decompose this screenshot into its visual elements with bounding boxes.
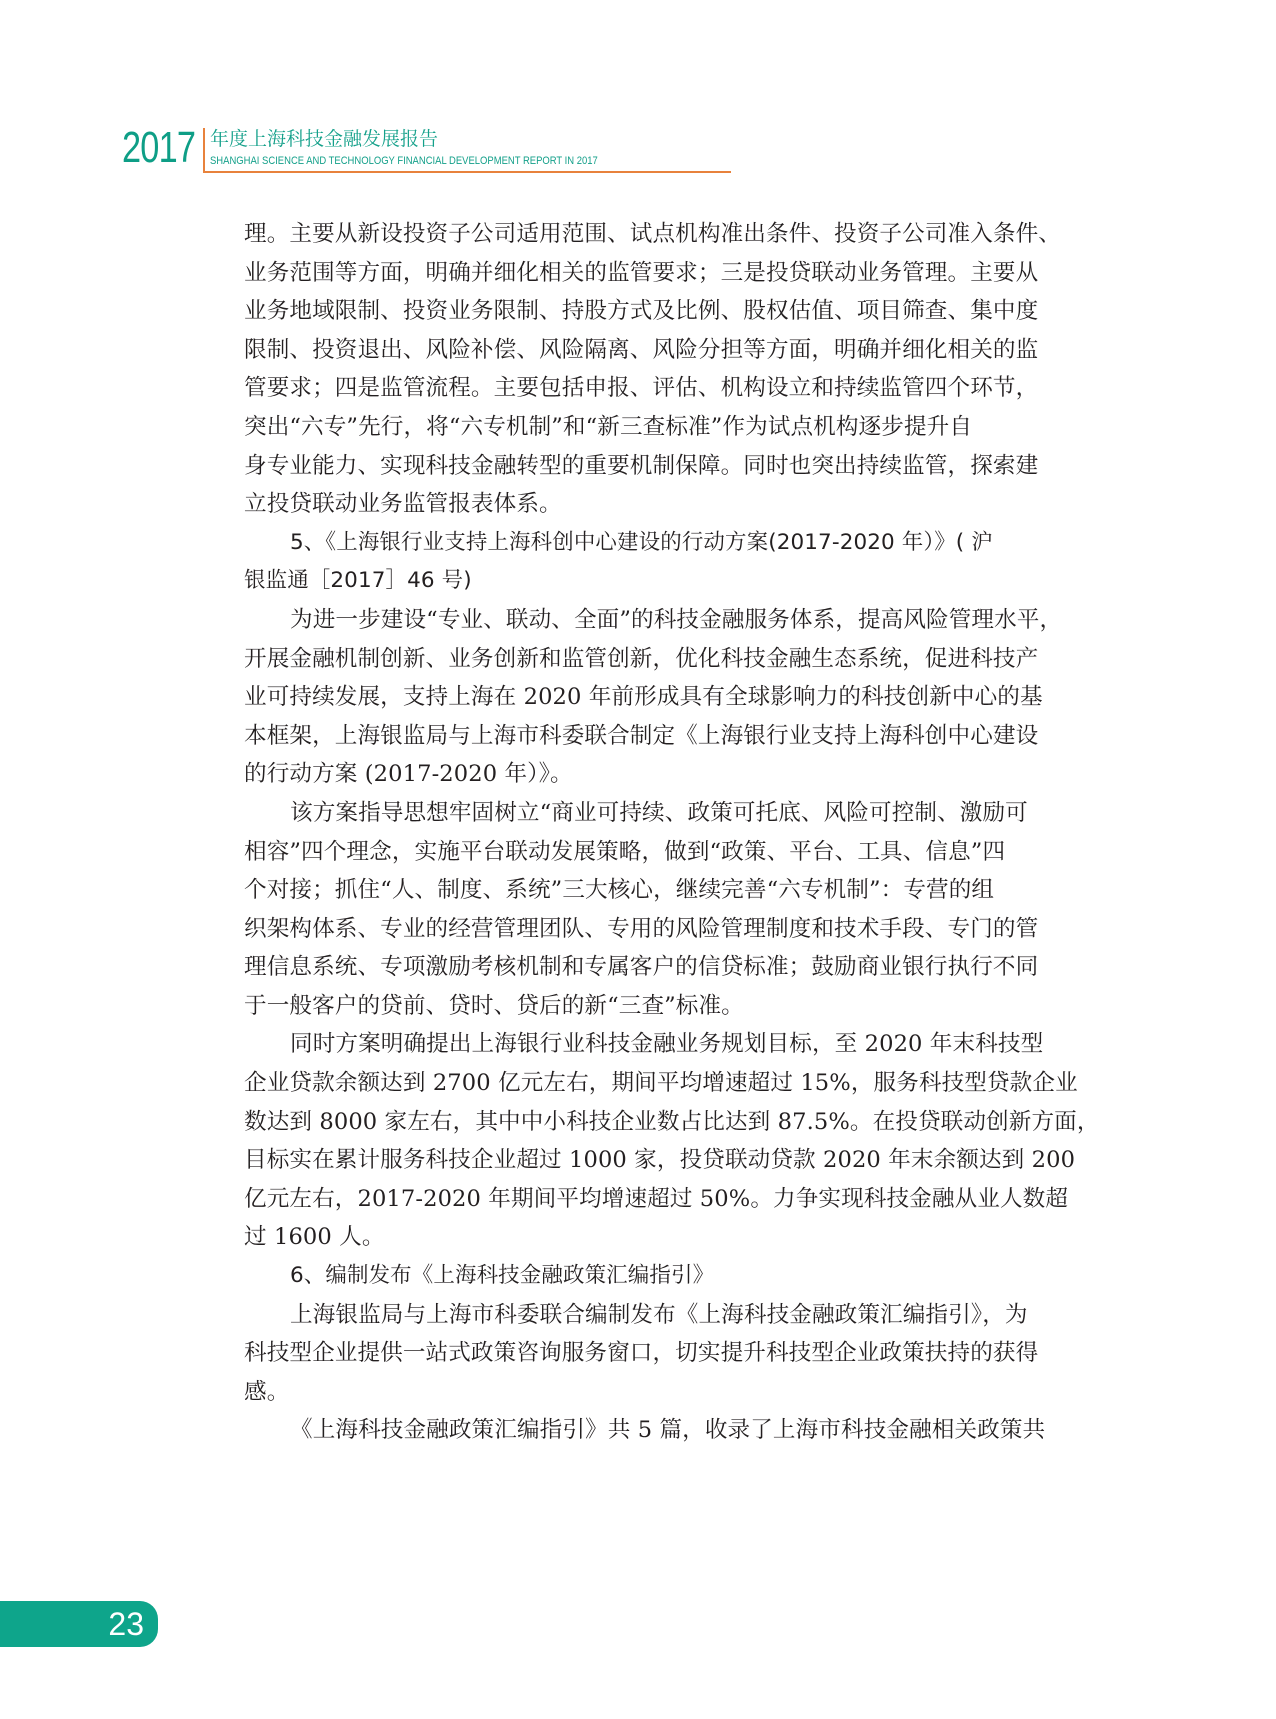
paragraph-line: 目标实在累计服务科技企业超过 1000 家，投贷联动贷款 2020 年末余额达到… bbox=[244, 1141, 1066, 1180]
paragraph-line: 业务地域限制、投资业务限制、持股方式及比例、股权估值、项目筛查、集中度 bbox=[244, 292, 1066, 331]
paragraph-line: 本框架，上海银监局与上海市科委联合制定《上海银行业支持上海科创中心建设 bbox=[244, 717, 1066, 756]
paragraph-line: 织架构体系、专业的经营管理团队、专用的风险管理制度和技术手段、专门的管 bbox=[244, 910, 1066, 949]
page-number-tab: 23 bbox=[0, 1601, 158, 1647]
paragraph-line: 个对接；抓住“人、制度、系统”三大核心，继续完善“六专机制”：专营的组 bbox=[244, 871, 1066, 910]
paragraph-line: 该方案指导思想牢固树立“商业可持续、政策可托底、风险可控制、激励可 bbox=[244, 794, 1066, 833]
paragraph-line: 于一般客户的贷前、贷时、贷后的新“三查”标准。 bbox=[244, 987, 1066, 1026]
section-heading-line: 5、《上海银行业支持上海科创中心建设的行动方案(2017-2020 年）》( 沪 bbox=[244, 524, 1066, 563]
header-divider-vertical bbox=[203, 128, 205, 172]
paragraph-line: 身专业能力、实现科技金融转型的重要机制保障。同时也突出持续监管，探索建 bbox=[244, 447, 1066, 486]
paragraph-line: 企业贷款余额达到 2700 亿元左右，期间平均增速超过 15%，服务科技型贷款企… bbox=[244, 1064, 1066, 1103]
paragraph-line: 为进一步建设“专业、联动、全面”的科技金融服务体系，提高风险管理水平， bbox=[244, 601, 1066, 640]
paragraph-line: 理。主要从新设投资子公司适用范围、试点机构准出条件、投资子公司准入条件、 bbox=[244, 215, 1066, 254]
section-heading-line: 银监通［2017］46 号) bbox=[244, 562, 1066, 601]
paragraph-line: 的行动方案 (2017-2020 年）》。 bbox=[244, 755, 1066, 794]
paragraph-line: 过 1600 人。 bbox=[244, 1218, 1066, 1257]
paragraph-line: 同时方案明确提出上海银行业科技金融业务规划目标，至 2020 年末科技型 bbox=[244, 1025, 1066, 1064]
paragraph-line: 管要求；四是监管流程。主要包括申报、评估、机构设立和持续监管四个环节， bbox=[244, 369, 1066, 408]
paragraph-line: 业可持续发展，支持上海在 2020 年前形成具有全球影响力的科技创新中心的基 bbox=[244, 678, 1066, 717]
report-title-en: SHANGHAI SCIENCE AND TECHNOLOGY FINANCIA… bbox=[210, 155, 598, 167]
paragraph-line: 立投贷联动业务监管报表体系。 bbox=[244, 485, 1066, 524]
paragraph-line: 相容”四个理念，实施平台联动发展策略，做到“政策、平台、工具、信息”四 bbox=[244, 833, 1066, 872]
paragraph-line: 亿元左右，2017-2020 年期间平均增速超过 50%。力争实现科技金融从业人… bbox=[244, 1180, 1066, 1219]
paragraph-line: 《上海科技金融政策汇编指引》共 5 篇，收录了上海市科技金融相关政策共 bbox=[244, 1411, 1066, 1450]
paragraph-line: 业务范围等方面，明确并细化相关的监管要求；三是投贷联动业务管理。主要从 bbox=[244, 254, 1066, 293]
paragraph-line: 突出“六专”先行，将“六专机制”和“新三查标准”作为试点机构逐步提升自 bbox=[244, 408, 1066, 447]
report-title-cn: 年度上海科技金融发展报告 bbox=[210, 128, 438, 150]
paragraph-line: 感。 bbox=[244, 1373, 1066, 1412]
paragraph-line: 开展金融机制创新、业务创新和监管创新，优化科技金融生态系统，促进科技产 bbox=[244, 640, 1066, 679]
paragraph-line: 科技型企业提供一站式政策咨询服务窗口，切实提升科技型企业政策扶持的获得 bbox=[244, 1334, 1066, 1373]
paragraph-line: 数达到 8000 家左右，其中中小科技企业数占比达到 87.5%。在投贷联动创新… bbox=[244, 1103, 1066, 1142]
body-text: 理。主要从新设投资子公司适用范围、试点机构准出条件、投资子公司准入条件、业务范围… bbox=[244, 215, 1066, 1450]
header-divider-horizontal bbox=[203, 171, 731, 173]
section-heading-line: 6、编制发布《上海科技金融政策汇编指引》 bbox=[244, 1257, 1066, 1296]
paragraph-line: 上海银监局与上海市科委联合编制发布《上海科技金融政策汇编指引》，为 bbox=[244, 1296, 1066, 1335]
page-number: 23 bbox=[108, 1605, 144, 1643]
paragraph-line: 限制、投资退出、风险补偿、风险隔离、风险分担等方面，明确并细化相关的监 bbox=[244, 331, 1066, 370]
paragraph-line: 理信息系统、专项激励考核机制和专属客户的信贷标准；鼓励商业银行执行不同 bbox=[244, 948, 1066, 987]
report-year: 2017 bbox=[122, 126, 195, 170]
